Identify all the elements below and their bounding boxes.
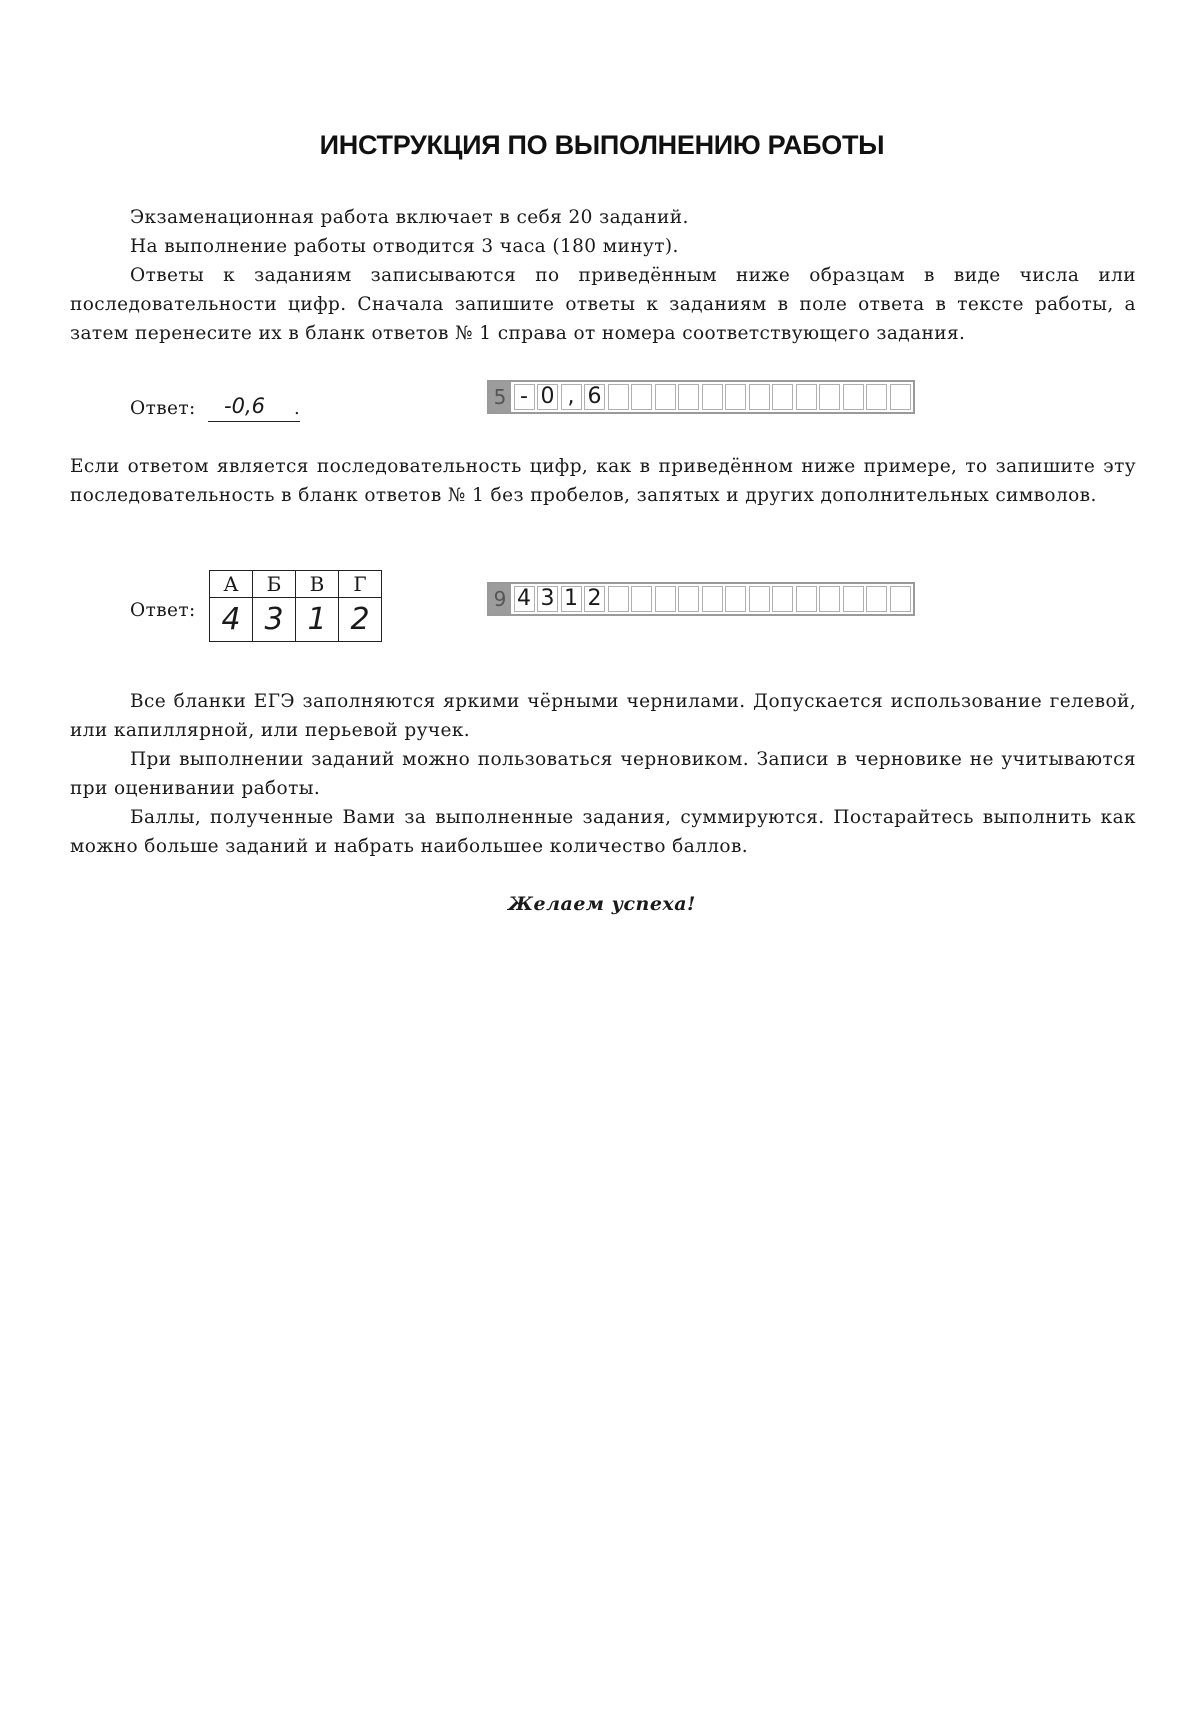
instruction-page: ИНСТРУКЦИЯ ПО ВЫПОЛНЕНИЮ РАБОТЫ Экзамена…	[0, 0, 1204, 1712]
example2-answer-label: Ответ:	[130, 600, 196, 621]
form-cell	[725, 384, 746, 410]
answer-table-header: Г	[339, 571, 382, 598]
form-cell	[890, 384, 911, 410]
form-cell	[796, 586, 817, 612]
answer-table-header: Б	[253, 571, 296, 598]
answer-table-value: 1	[296, 598, 339, 642]
example1-answer-label: Ответ:	[130, 398, 196, 419]
rules-section: Все бланки ЕГЭ заполняются яркими чёрным…	[70, 687, 1136, 861]
form-cell	[749, 384, 770, 410]
form-cell	[772, 586, 793, 612]
rules-paragraph-draft: При выполнении заданий можно пользоватьс…	[70, 745, 1136, 803]
form-cell	[631, 586, 652, 612]
form-cell	[678, 586, 699, 612]
form-cell: 4	[514, 586, 535, 612]
form-cell	[843, 384, 864, 410]
answer-table-value: 3	[253, 598, 296, 642]
form-cell: 0	[537, 384, 558, 410]
closing-wish: Желаем успеха!	[0, 893, 1204, 915]
example2-answer-form: 9 4 3 1 2	[487, 582, 915, 616]
form-cell	[725, 586, 746, 612]
page-title: ИНСТРУКЦИЯ ПО ВЫПОЛНЕНИЮ РАБОТЫ	[0, 130, 1204, 161]
answer-table-value: 2	[339, 598, 382, 642]
form-cell	[608, 384, 629, 410]
form-cell	[678, 384, 699, 410]
answer-table-header-row: А Б В Г	[210, 571, 382, 598]
rules-paragraph-ink: Все бланки ЕГЭ заполняются яркими чёрным…	[70, 687, 1136, 745]
example1-answer-form: 5 - 0 , 6	[487, 380, 915, 414]
form-task-number: 9	[489, 584, 511, 614]
form-cell	[655, 586, 676, 612]
form-cell	[631, 384, 652, 410]
answer-table-value-row: 4 3 1 2	[210, 598, 382, 642]
rules-paragraph-scoring: Баллы, полученные Вами за выполненные за…	[70, 803, 1136, 861]
form-task-number: 5	[489, 382, 511, 412]
form-cell	[866, 586, 887, 612]
form-cell	[866, 384, 887, 410]
form-cell: 6	[584, 384, 605, 410]
form-cell	[796, 384, 817, 410]
form-cell	[702, 384, 723, 410]
form-cell	[608, 586, 629, 612]
form-cell	[890, 586, 911, 612]
form-cell	[749, 586, 770, 612]
answer-table-value: 4	[210, 598, 253, 642]
sequence-note-section: Если ответом является последовательность…	[70, 452, 1136, 510]
answer-table-header: А	[210, 571, 253, 598]
example1-answer-value: -0,6	[208, 394, 300, 422]
form-cell	[702, 586, 723, 612]
answer-table-header: В	[296, 571, 339, 598]
form-cell	[819, 384, 840, 410]
form-cell	[843, 586, 864, 612]
form-cell: 3	[537, 586, 558, 612]
form-cell	[655, 384, 676, 410]
sequence-note-paragraph: Если ответом является последовательность…	[70, 452, 1136, 510]
form-cell	[819, 586, 840, 612]
form-cell	[772, 384, 793, 410]
form-cell: 1	[561, 586, 582, 612]
example2-answer-table: А Б В Г 4 3 1 2	[209, 570, 382, 642]
form-cell: 2	[584, 586, 605, 612]
intro-paragraph-tasks: Экзаменационная работа включает в себя 2…	[70, 203, 1136, 232]
form-cell: ,	[561, 384, 582, 410]
intro-section: Экзаменационная работа включает в себя 2…	[70, 203, 1136, 348]
intro-paragraph-answers: Ответы к заданиям записываются по привед…	[70, 261, 1136, 348]
form-cell: -	[514, 384, 535, 410]
example1-answer-dot: .	[294, 398, 300, 419]
intro-paragraph-time: На выполнение работы отводится 3 часа (1…	[70, 232, 1136, 261]
